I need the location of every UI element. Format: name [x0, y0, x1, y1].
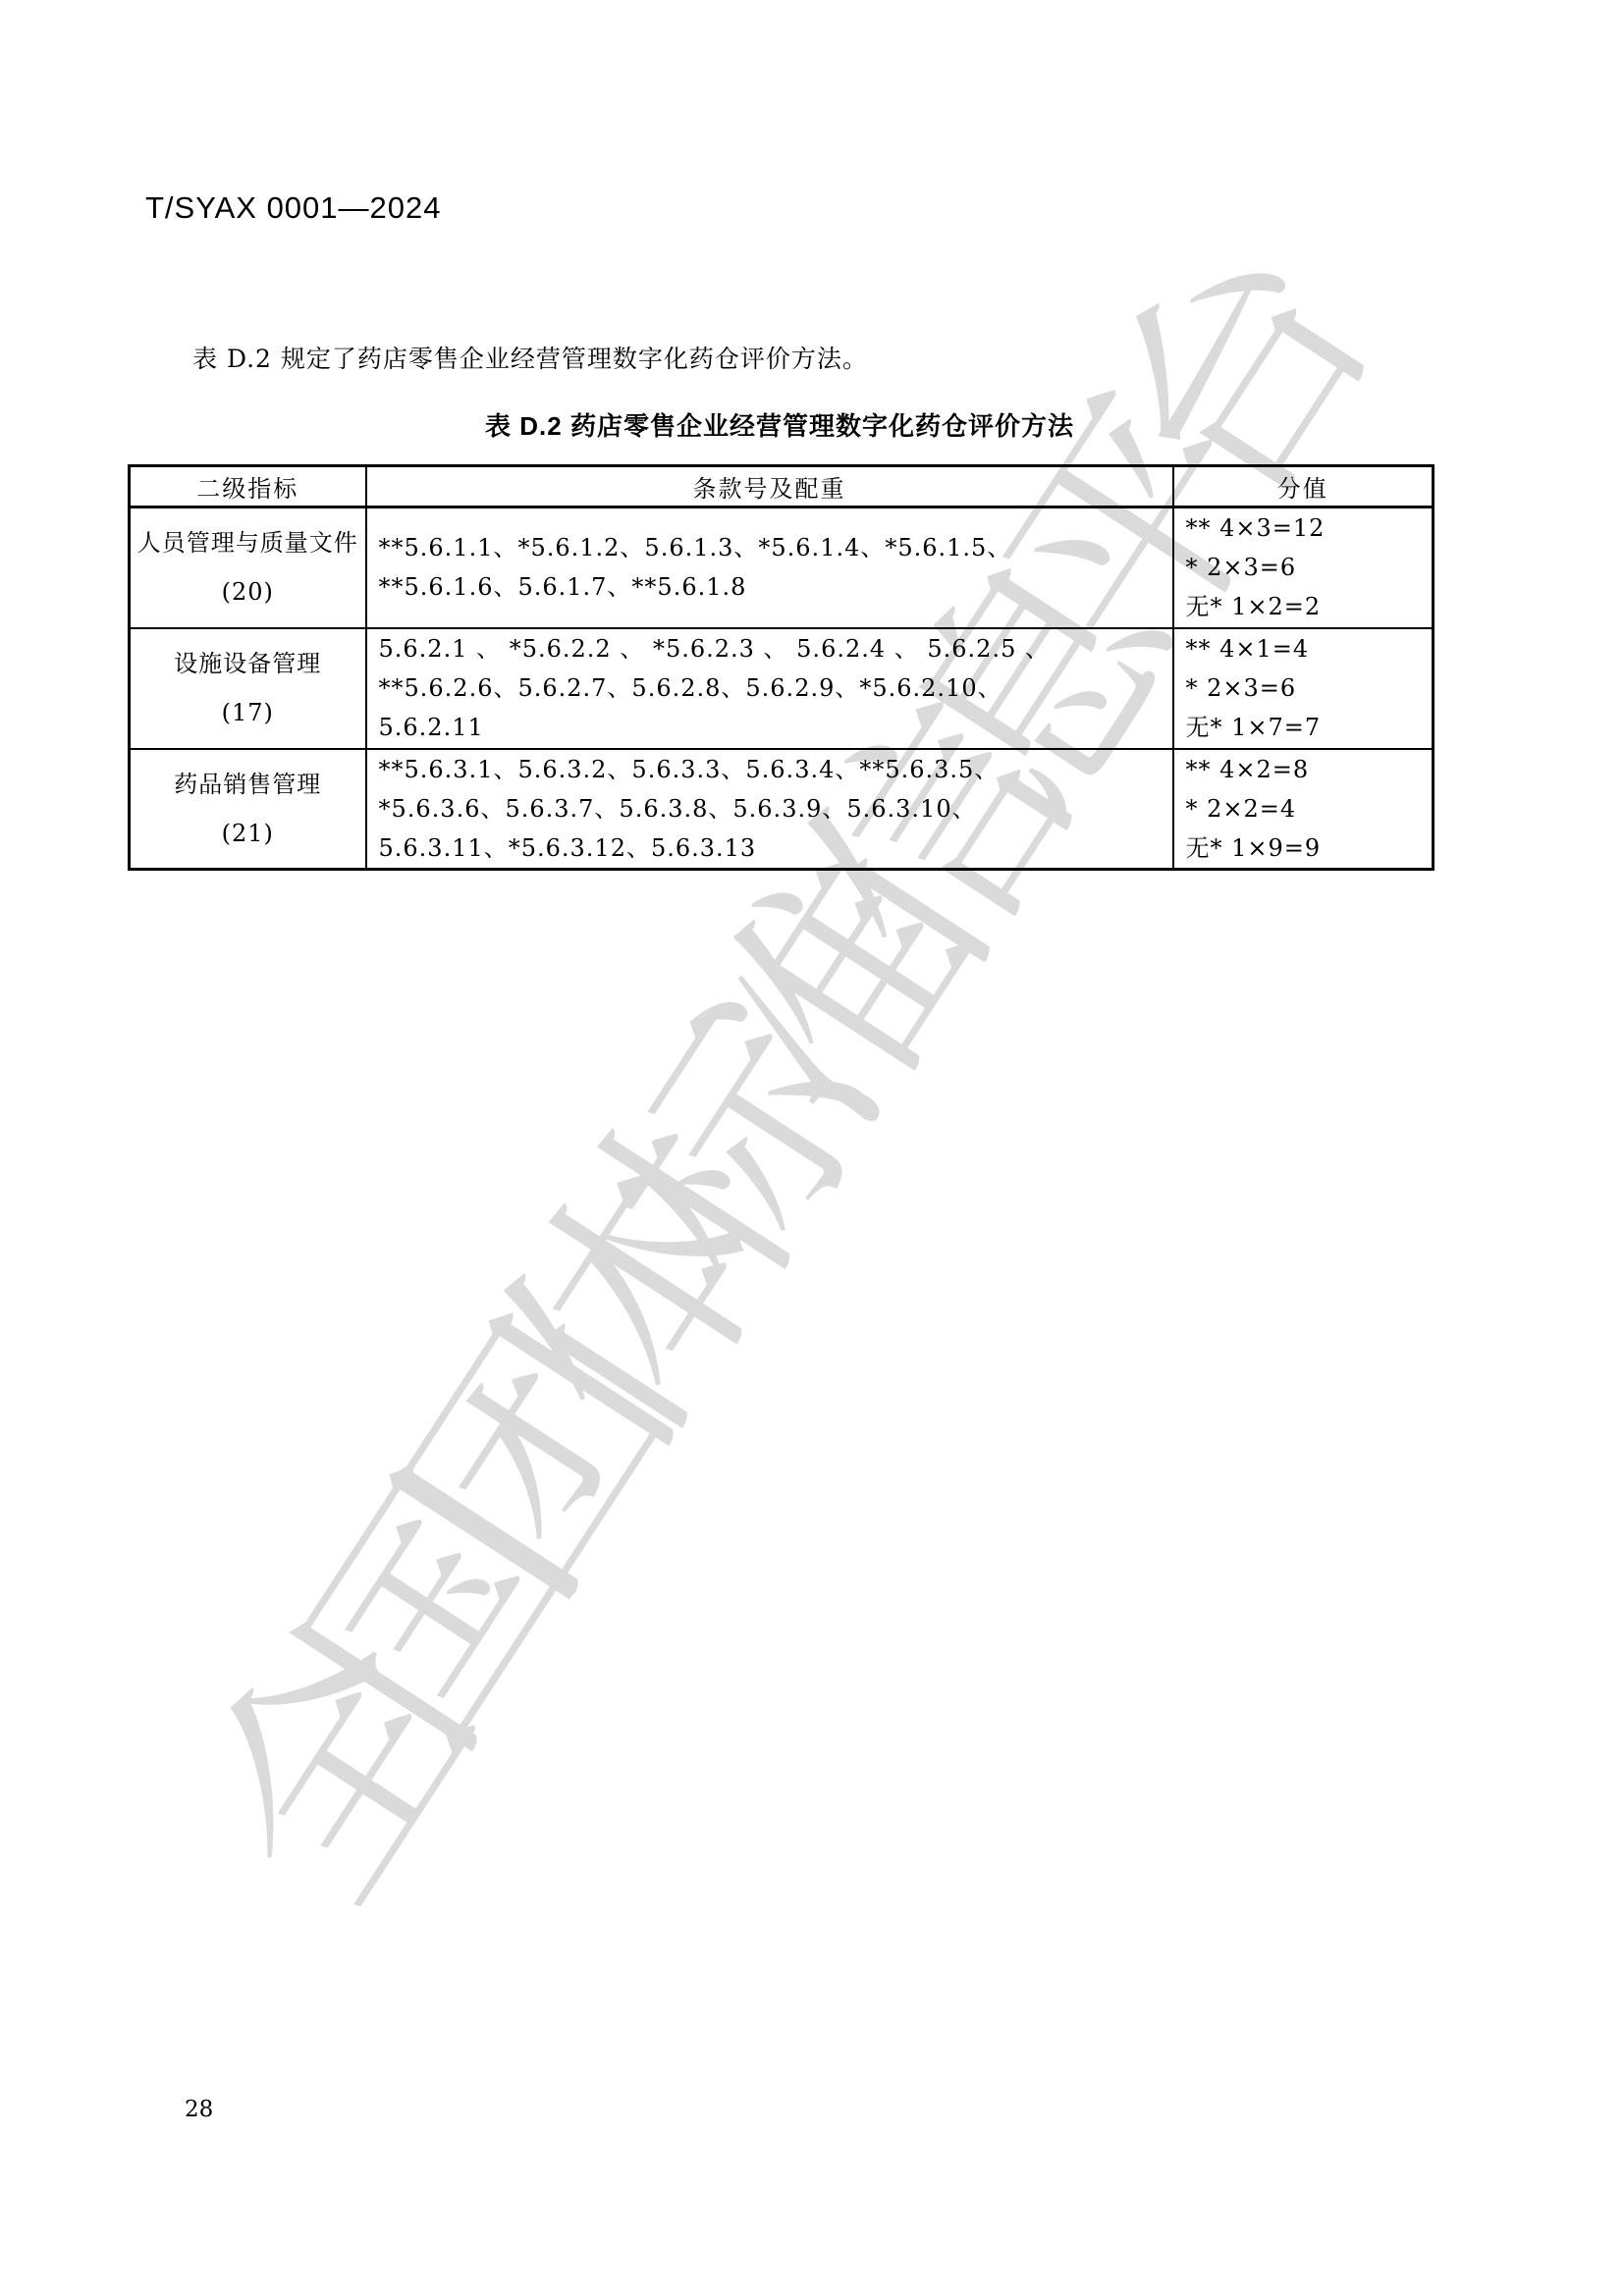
score-line: ** 4×1=4	[1186, 629, 1433, 668]
indicator-cell: 人员管理与质量文件 (20)	[130, 507, 366, 628]
clauses-cell: **5.6.1.1、*5.6.1.2、5.6.1.3、*5.6.1.4、*5.6…	[366, 507, 1173, 628]
indicator-name: 设施设备管理	[131, 639, 365, 688]
score-line: ** 4×3=12	[1186, 508, 1433, 548]
clauses-cell: **5.6.3.1、5.6.3.2、5.6.3.3、5.6.3.4、**5.6.…	[366, 749, 1173, 870]
table-row: 药品销售管理 (21) **5.6.3.1、5.6.3.2、5.6.3.3、5.…	[130, 749, 1434, 870]
clause-line: 5.6.2.1 、 *5.6.2.2 、 *5.6.2.3 、 5.6.2.4 …	[379, 629, 1166, 668]
indicator-name: 人员管理与质量文件	[131, 518, 365, 567]
standard-number: T/SYAX 0001—2024	[145, 190, 442, 226]
clause-line: 5.6.2.11	[379, 708, 1166, 747]
score-cell: ** 4×1=4 * 2×3=6 无* 1×7=7	[1173, 628, 1434, 749]
header-row: 二级指标 条款号及配重 分值	[130, 466, 1434, 507]
table-caption: 表 D.2 药店零售企业经营管理数字化药仓评价方法	[128, 406, 1432, 443]
score-line: 无* 1×2=2	[1186, 587, 1433, 626]
indicator-cell: 药品销售管理 (21)	[130, 749, 366, 870]
evaluation-table: 二级指标 条款号及配重 分值 人员管理与质量文件 (20) **5.6.1.1、…	[128, 464, 1435, 871]
score-cell: ** 4×2=8 * 2×2=4 无* 1×9=9	[1173, 749, 1434, 870]
intro-paragraph: 表 D.2 规定了药店零售企业经营管理数字化药仓评价方法。	[192, 340, 868, 375]
indicator-weight: (21)	[131, 809, 365, 858]
column-header-indicator: 二级指标	[130, 466, 366, 507]
score-line: * 2×2=4	[1186, 789, 1433, 828]
clause-line: **5.6.2.6、5.6.2.7、5.6.2.8、5.6.2.9、*5.6.2…	[379, 668, 1166, 708]
score-line: 无* 1×7=7	[1186, 708, 1433, 747]
clause-line: 5.6.3.11、*5.6.3.12、5.6.3.13	[379, 828, 1166, 868]
column-header-clauses: 条款号及配重	[366, 466, 1173, 507]
column-header-score: 分值	[1173, 466, 1434, 507]
clause-line: **5.6.1.1、*5.6.1.2、5.6.1.3、*5.6.1.4、*5.6…	[379, 528, 1166, 567]
document-page: 全国团体标准信息平台 T/SYAX 0001—2024 表 D.2 规定了药店零…	[0, 0, 1624, 2296]
table-row: 设施设备管理 (17) 5.6.2.1 、 *5.6.2.2 、 *5.6.2.…	[130, 628, 1434, 749]
indicator-weight: (17)	[131, 688, 365, 737]
indicator-name: 药品销售管理	[131, 760, 365, 809]
indicator-cell: 设施设备管理 (17)	[130, 628, 366, 749]
score-line: * 2×3=6	[1186, 668, 1433, 708]
indicator-weight: (20)	[131, 567, 365, 616]
clause-line: **5.6.3.1、5.6.3.2、5.6.3.3、5.6.3.4、**5.6.…	[379, 750, 1166, 789]
score-line: * 2×3=6	[1186, 548, 1433, 587]
clause-line: *5.6.3.6、5.6.3.7、5.6.3.8、5.6.3.9、5.6.3.1…	[379, 789, 1166, 828]
clauses-cell: 5.6.2.1 、 *5.6.2.2 、 *5.6.2.3 、 5.6.2.4 …	[366, 628, 1173, 749]
score-cell: ** 4×3=12 * 2×3=6 无* 1×2=2	[1173, 507, 1434, 628]
page-number: 28	[185, 2097, 213, 2122]
table-row: 人员管理与质量文件 (20) **5.6.1.1、*5.6.1.2、5.6.1.…	[130, 507, 1434, 628]
score-line: 无* 1×9=9	[1186, 828, 1433, 868]
clause-line: **5.6.1.6、5.6.1.7、**5.6.1.8	[379, 567, 1166, 607]
score-line: ** 4×2=8	[1186, 750, 1433, 789]
